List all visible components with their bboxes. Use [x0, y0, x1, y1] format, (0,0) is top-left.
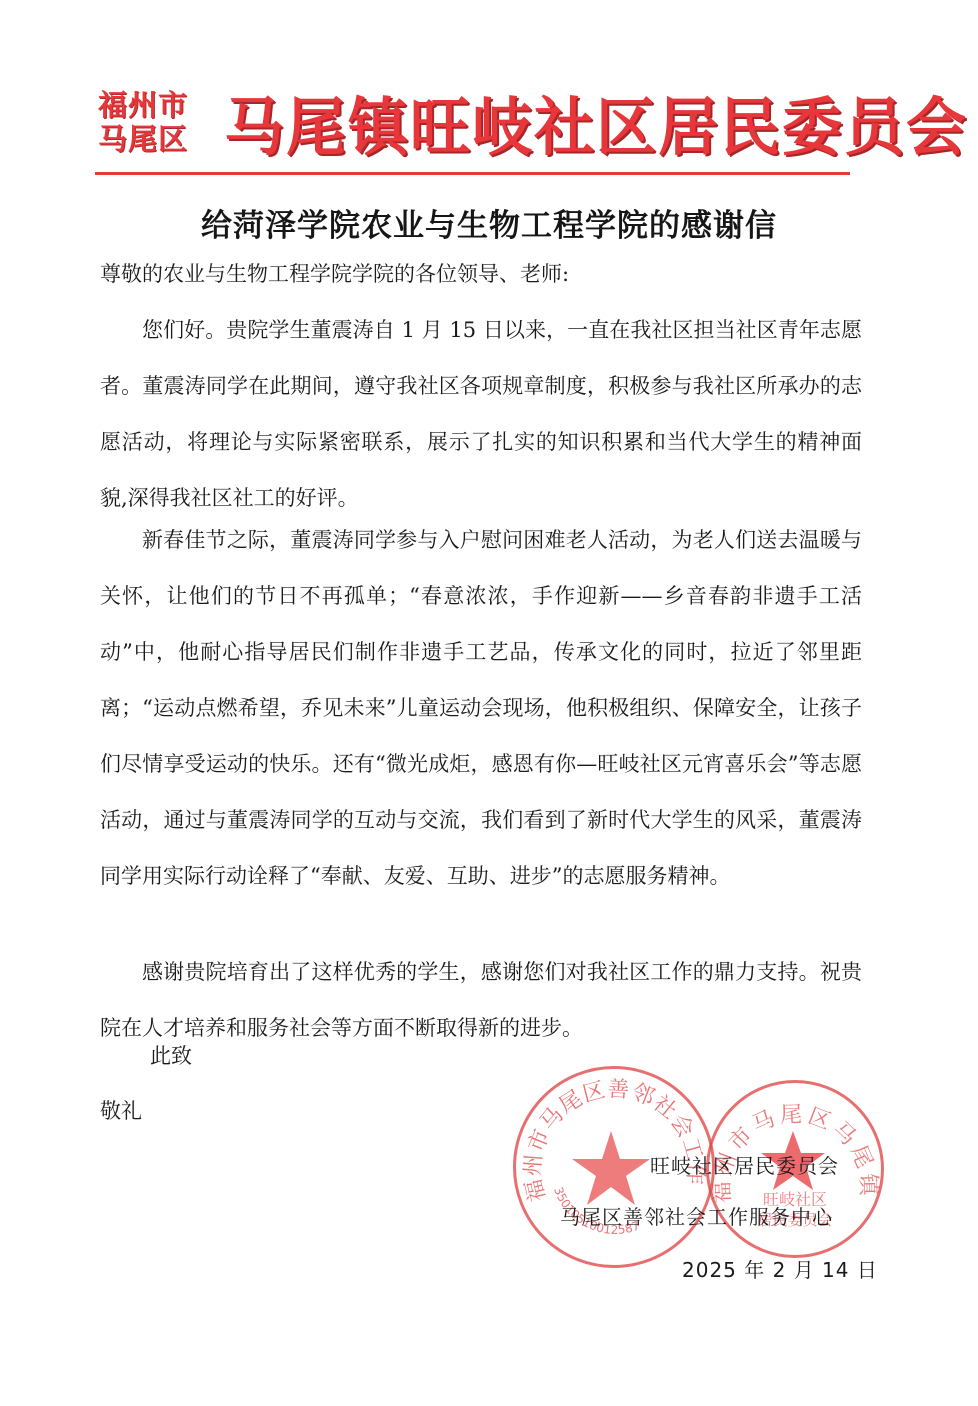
- closing-jing-li: 敬礼: [100, 1095, 142, 1125]
- star-icon: [572, 1131, 650, 1205]
- salutation: 尊敬的农业与生物工程学院学院的各位领导、老师:: [100, 258, 569, 288]
- paragraph-2: 新春佳节之际，董震涛同学参与入户慰问困难老人活动，为老人们送去温暖与关怀，让他们…: [100, 512, 862, 904]
- letter-date: 2025 年 2 月 14 日: [682, 1254, 878, 1283]
- paragraph-1: 您们好。贵院学生董震涛自 1 月 15 日以来，一直在我社区担当社区青年志愿者。…: [100, 302, 862, 526]
- signatory-residents-committee: 旺岐社区居民委员会: [650, 1150, 839, 1179]
- letterhead-city-line1: 福州市: [98, 88, 218, 122]
- closing-ci-zhi: 此致: [150, 1040, 192, 1070]
- signatory-social-work-center: 马尾区善邻社会工作服务中心: [560, 1201, 833, 1230]
- letterhead: 福州市 马尾区 马尾镇旺岐社区居民委员会: [98, 88, 858, 170]
- letterhead-city: 福州市 马尾区: [98, 88, 218, 156]
- letterhead-divider: [95, 172, 850, 175]
- letterhead-city-line2: 马尾区: [98, 122, 218, 156]
- paragraph-3: 感谢贵院培育出了这样优秀的学生，感谢您们对我社区工作的鼎力支持。祝贵院在人才培养…: [100, 944, 862, 1056]
- letter-title: 给菏泽学院农业与生物工程学院的感谢信: [0, 200, 978, 245]
- letterhead-org-name: 马尾镇旺岐社区居民委员会: [224, 90, 968, 166]
